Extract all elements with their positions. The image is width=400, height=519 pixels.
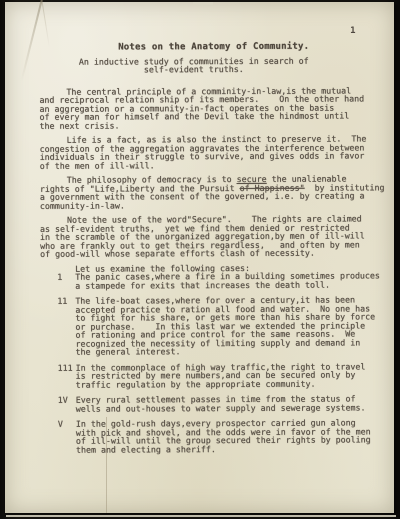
case-text: Every rural settlement passes in time fr… (76, 394, 390, 412)
case-number: V (58, 420, 76, 454)
scanner-bed-edge-line (6, 515, 396, 517)
doc-subtitle-line-2: self-evident truths. (19, 64, 368, 74)
paragraph-life-is-a-fact: Life is a fact, as is also the instinct … (40, 134, 389, 170)
case-number: 11 (57, 297, 75, 357)
case-number: 1 (57, 273, 75, 290)
case-item-4: 1V Every rural settlement passes in time… (41, 394, 390, 413)
case-text: In the commonplace of high way traffic,t… (76, 362, 390, 389)
case-item-5: V In the gold-rush days,every prospector… (41, 418, 390, 454)
case-item-1: 1 The panic cases,where a fire in a buil… (40, 271, 389, 290)
doc-subtitle: An inductive study of communities in sea… (19, 56, 368, 75)
case-item-3: 111 In the commonplace of high way traff… (41, 362, 390, 389)
case-text: In the gold-rush days,every prospector c… (76, 418, 390, 453)
scan-background: 1 Notes on the Anatomy of Community. An … (0, 0, 400, 519)
case-item-2: 11 The life-boat cases,where for over a … (40, 295, 389, 356)
paragraph-philosophy-of-democracy: The philosophy of democracy is to secure… (40, 174, 389, 210)
doc-title: Notes on the Anatomy of Community. (39, 42, 388, 52)
case-text: The life-boat cases,where for over a cen… (75, 295, 389, 356)
case-number: 1V (58, 396, 76, 413)
paragraph-note-secure: Note the use of the word"Secure". The ri… (40, 214, 389, 258)
case-number: 111 (58, 363, 76, 389)
document-content: Notes on the Anatomy of Community. An in… (5, 0, 396, 454)
case-text: The panic cases,where a fire in a buildi… (75, 271, 389, 289)
paragraph-central-principle: The central principle of a comminity-in-… (39, 86, 388, 130)
document-page: 1 Notes on the Anatomy of Community. An … (5, 2, 394, 513)
